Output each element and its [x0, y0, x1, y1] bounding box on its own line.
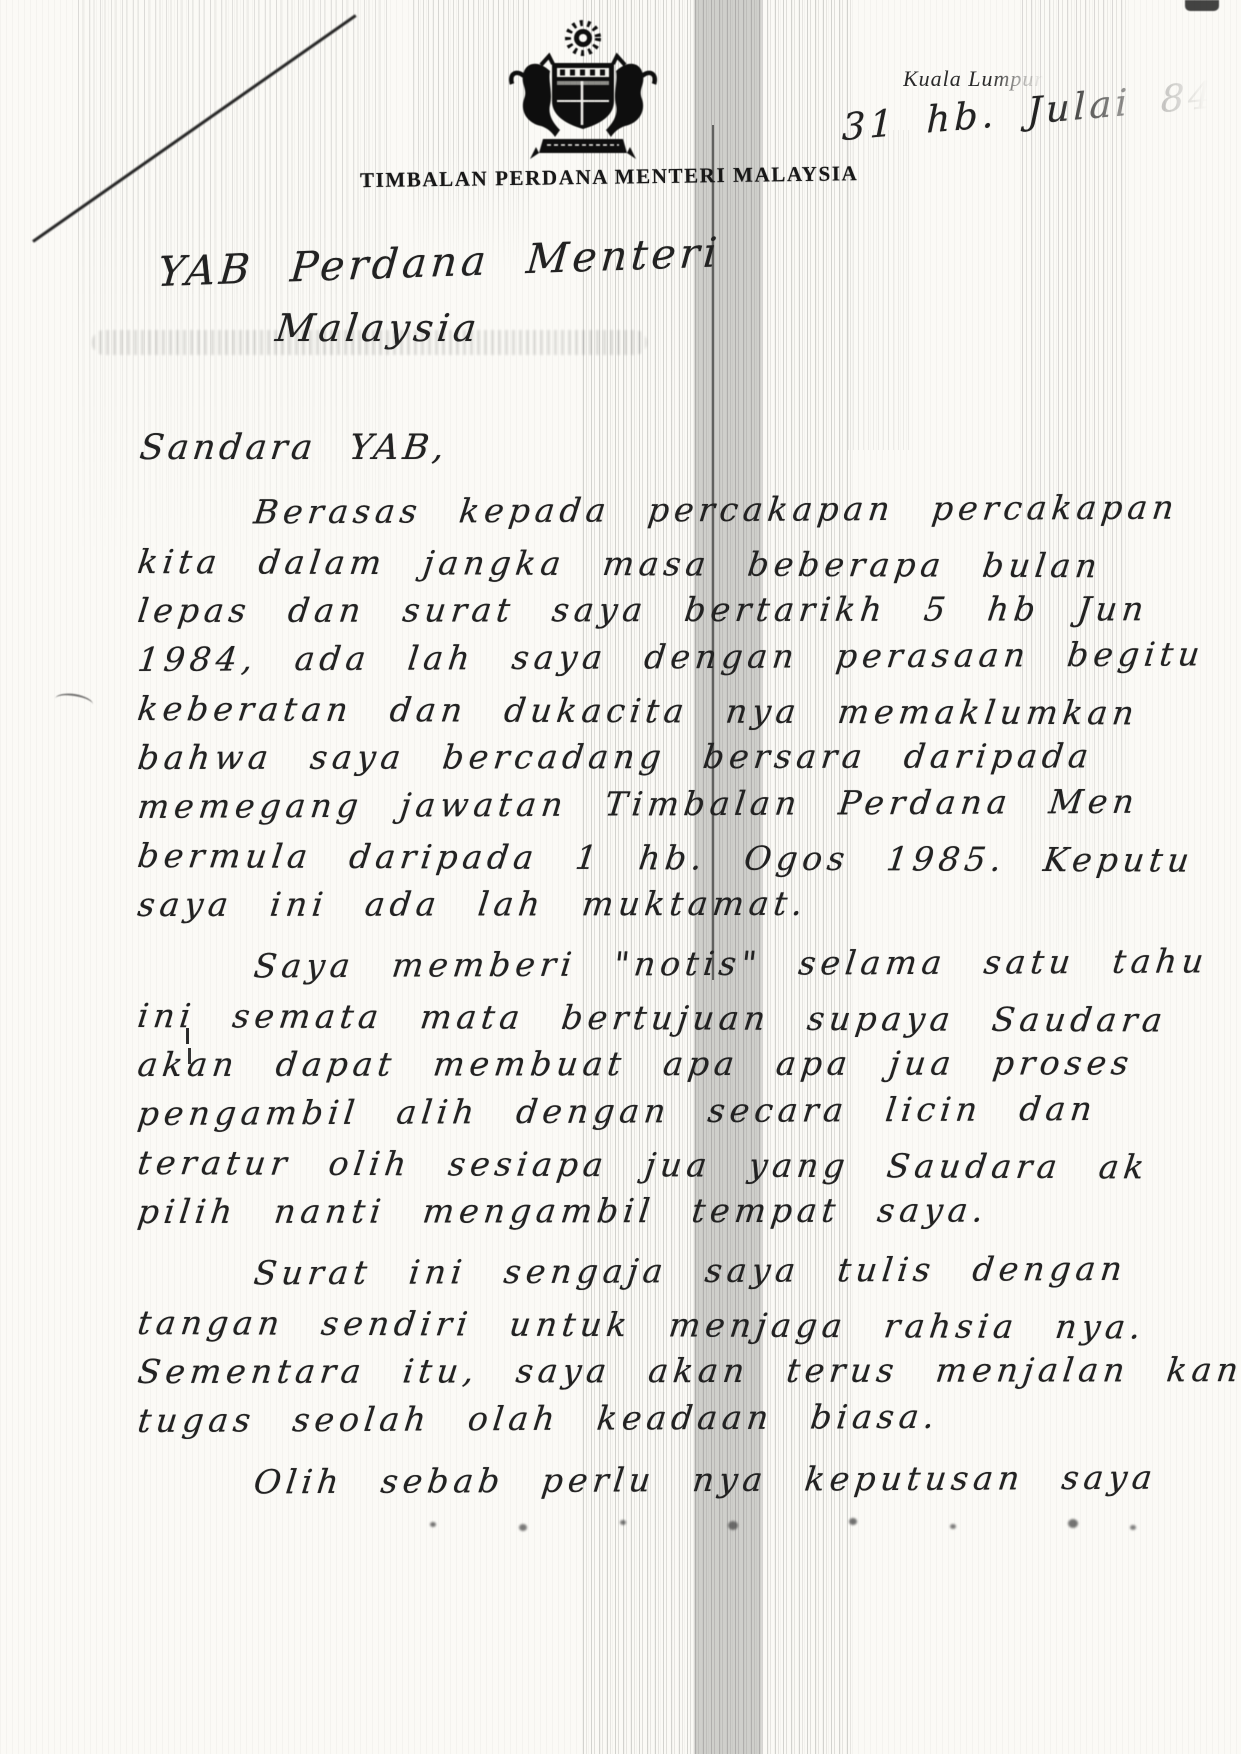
handwritten-line: kita dalam jangka masa beberapa bulan [135, 537, 1241, 591]
handwritten-line: pengambil alih dengan secara licin dan [135, 1083, 1241, 1138]
paragraph-2: Saya memberi "notis" selama satu tahu in… [138, 942, 1241, 1236]
scanned-letter-page: TIMBALAN PERDANA MENTERI MALAYSIA Kuala … [0, 0, 1241, 1754]
handwritten-line: tangan sendiri untuk menjaga rahsia nya. [135, 1298, 1241, 1352]
handwritten-line: Sementara itu, saya akan terus menjalan … [135, 1345, 1241, 1396]
recipient-line: Malaysia [273, 306, 723, 350]
handwritten-line: memegang jawatan Timbalan Perdana Men [135, 776, 1241, 831]
handwritten-line: lepas dan surat saya bertarikh 5 hb Jun [135, 584, 1241, 635]
paragraph-3: Surat ini sengaja saya tulis dengan tang… [138, 1249, 1241, 1445]
handwritten-line: Berasas kepada percakapan percakapan [135, 482, 1241, 537]
salutation: Sandara YAB, [138, 428, 451, 468]
paragraph-1: Berasas kepada percakapan percakapan kit… [138, 488, 1241, 929]
handwritten-line: akan dapat membuat apa apa jua proses [135, 1038, 1241, 1089]
handwritten-line: bahwa saya bercadang bersara daripada [135, 731, 1241, 782]
handwritten-line: ini semata mata bertujuan supaya Saudara [135, 991, 1241, 1045]
margin-squiggle-artifact [54, 691, 94, 712]
letterhead-title: TIMBALAN PERDANA MENTERI MALAYSIA [360, 162, 810, 193]
handwritten-line: saya ini ada lah muktamat. [135, 878, 1241, 929]
paragraph-4: Olih sebab perlu nya keputusan saya [138, 1458, 1241, 1507]
handwritten-line: bermula daripada 1 hb. Ogos 1985. Keputu [135, 831, 1241, 885]
handwritten-line: Saya memberi "notis" selama satu tahu [135, 936, 1241, 991]
scan-corner-mark [1185, 0, 1219, 11]
cutoff-text-artifact [430, 1522, 436, 1527]
recipient-line: YAB Perdana Menteri [156, 228, 723, 296]
handwritten-line: keberatan dan dukacita nya memaklumkan [135, 684, 1241, 738]
handwritten-line: pilih nanti mengambil tempat saya. [135, 1185, 1241, 1236]
dateline-place: Kuala Lumpur [903, 66, 1044, 92]
recipient-block: YAB Perdana Menteri Malaysia [158, 248, 721, 350]
handwritten-line: 1984, ada lah saya dengan perasaan begit… [135, 629, 1241, 684]
letter-body: Berasas kepada percakapan percakapan kit… [138, 488, 1241, 1507]
handwritten-line: Surat ini sengaja saya tulis dengan [135, 1243, 1241, 1298]
malaysia-coat-of-arms-icon [497, 13, 669, 165]
page-corner-fold-line [32, 14, 356, 242]
handwritten-line: Olih sebab perlu nya keputusan saya [135, 1452, 1241, 1507]
handwritten-line: teratur olih sesiapa jua yang Saudara ak [135, 1138, 1241, 1192]
handwritten-line: tugas seolah olah keadaan biasa. [135, 1390, 1241, 1445]
